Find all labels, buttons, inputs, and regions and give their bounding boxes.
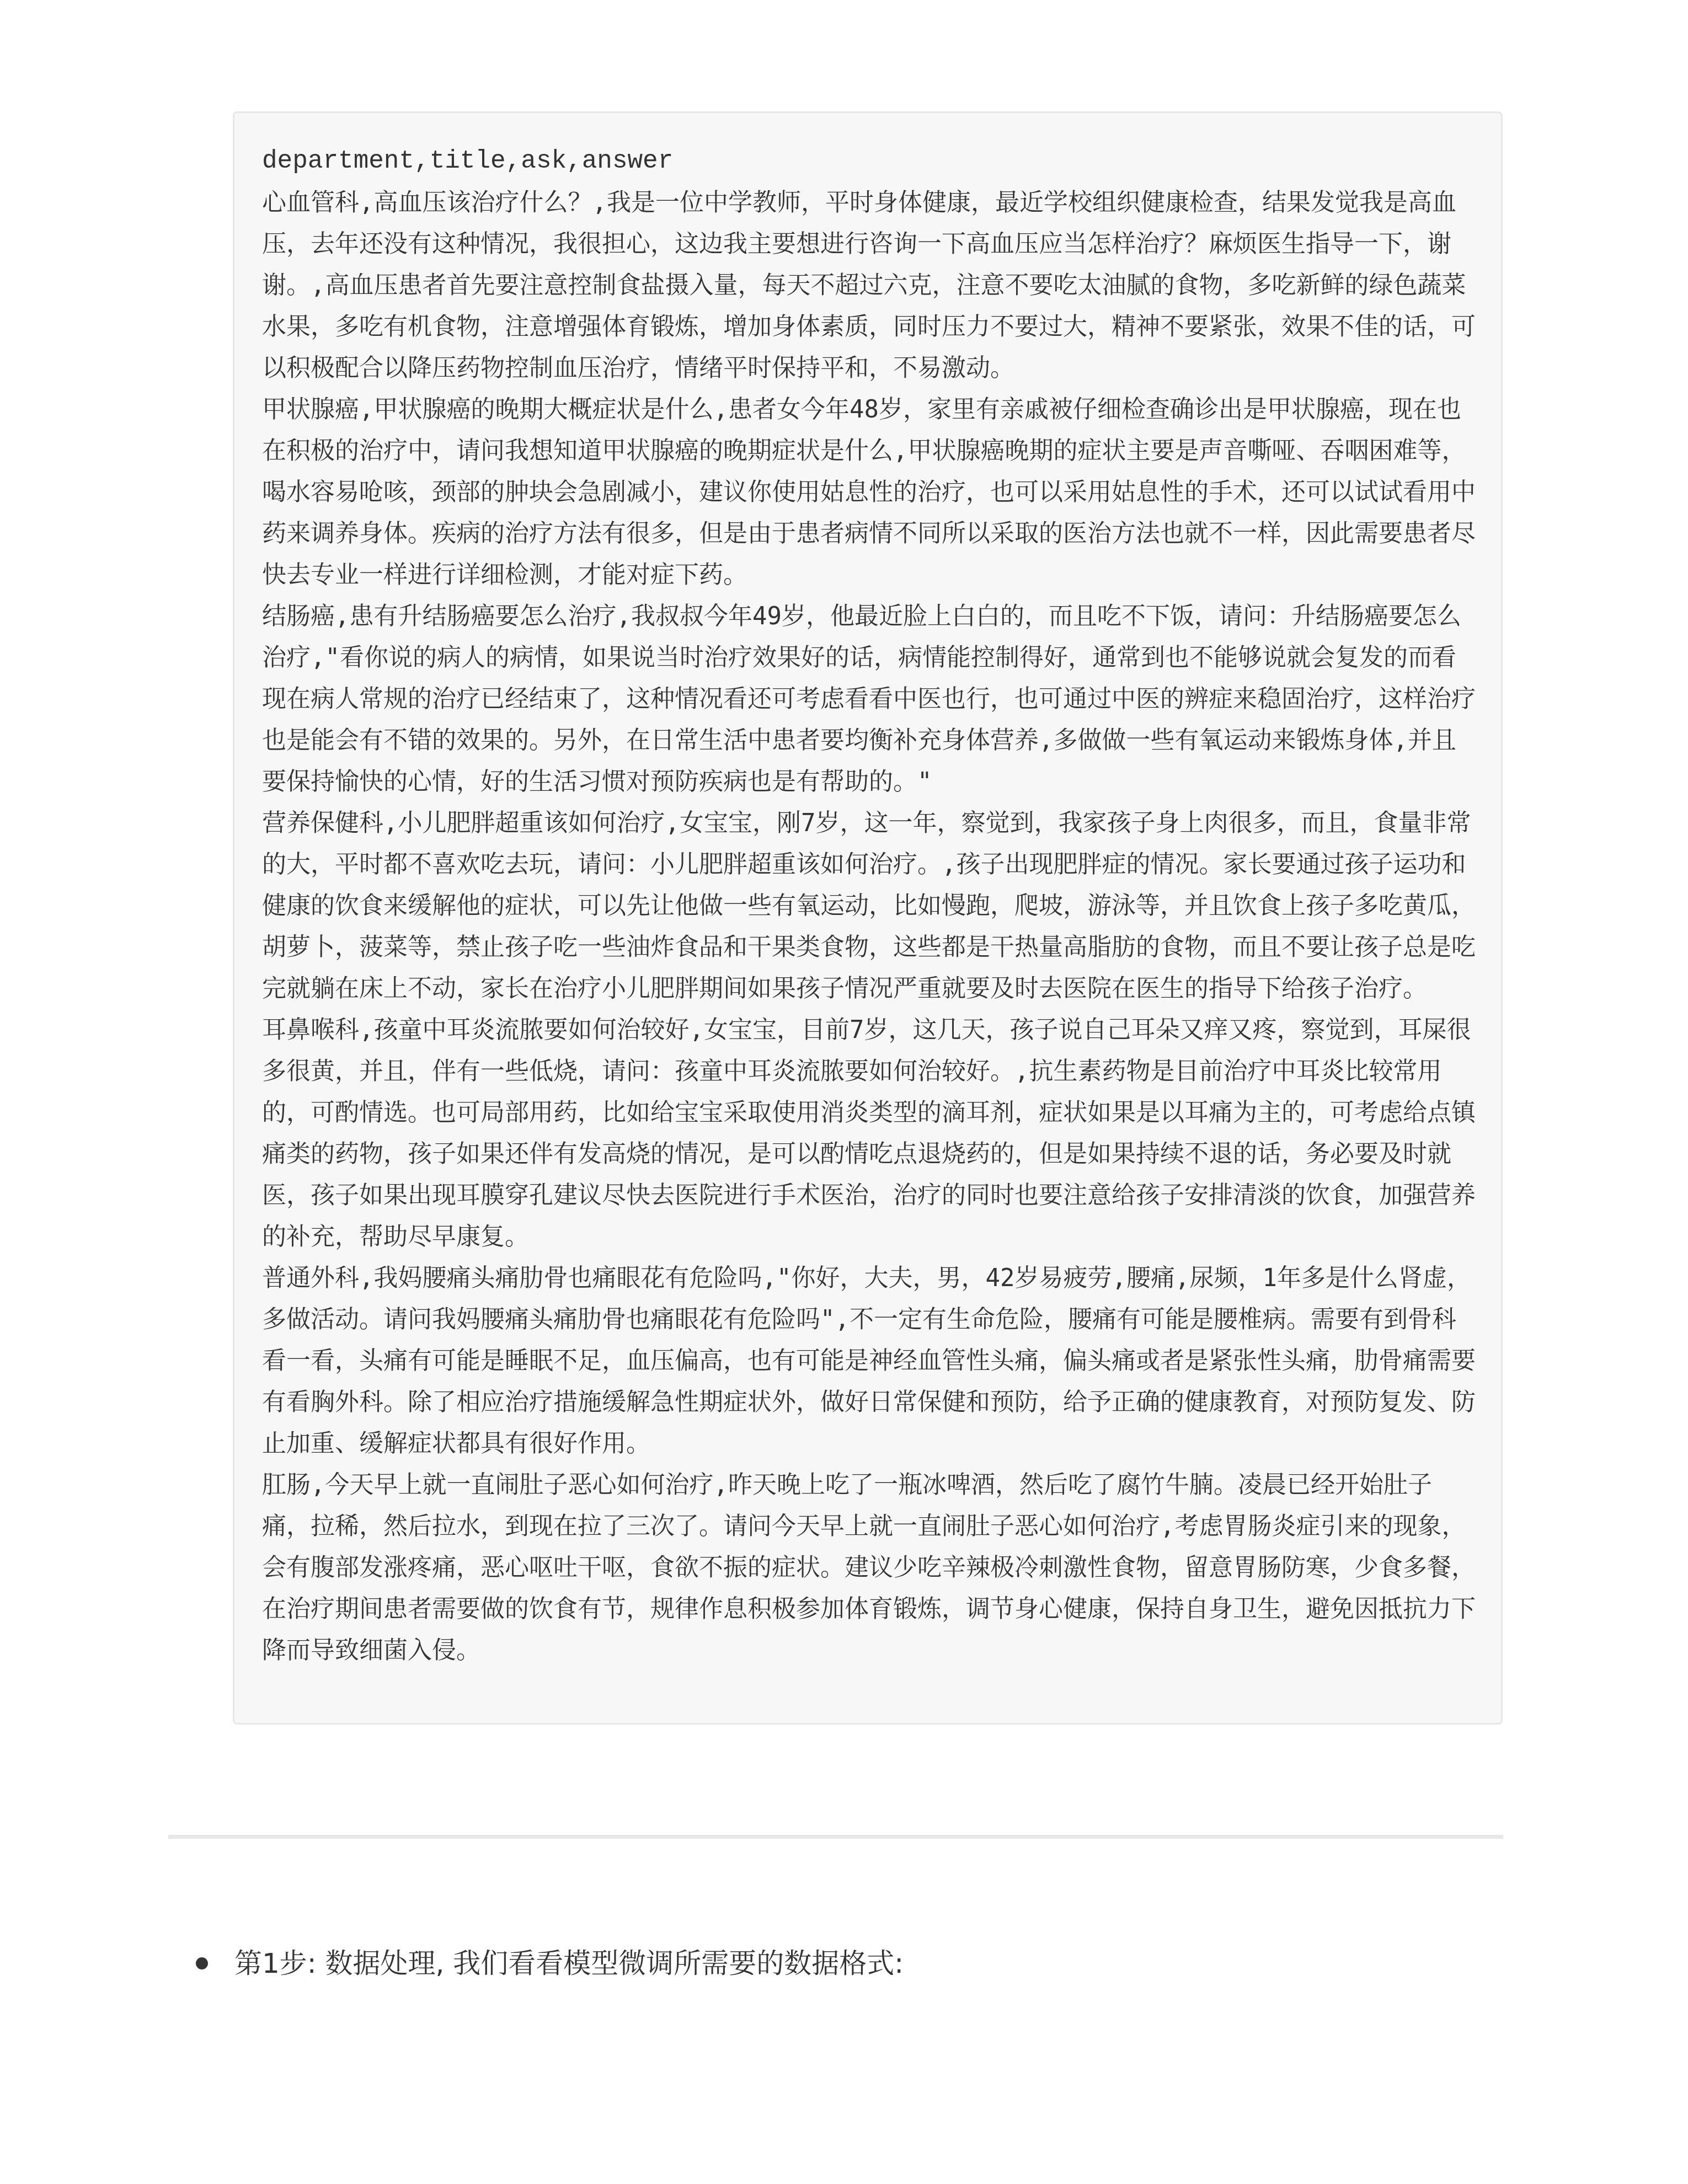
csv-row-general-surgery: 普通外科,我妈腰痛头痛肋骨也痛眼花有危险吗,"你好，大夫，男，42岁易疲劳,腰痛… [262, 1257, 1478, 1464]
bullet-dot-icon [196, 1957, 208, 1969]
bullet-list: 第1步: 数据处理, 我们看看模型微调所需要的数据格式: [196, 1941, 904, 1985]
horizontal-rule [168, 1835, 1503, 1839]
csv-row-colon-cancer: 结肠癌,患有升结肠癌要怎么治疗,我叔叔今年49岁，他最近脸上白白的，而且吃不下饭… [262, 596, 1478, 802]
csv-row-cardiology: 心血管科,高血压该治疗什么？,我是一位中学教师，平时身体健康，最近学校组织健康检… [262, 182, 1478, 389]
csv-header-line: department,title,ask,answer [262, 141, 1478, 182]
csv-row-ent: 耳鼻喉科,孩童中耳炎流脓要如何治较好,女宝宝，目前7岁，这几天，孩子说自己耳朵又… [262, 1009, 1478, 1257]
csv-row-anorectal: 肛肠,今天早上就一直闹肚子恶心如何治疗,昨天晚上吃了一瓶冰啤酒，然后吃了腐竹牛腩… [262, 1464, 1478, 1671]
bullet-text: 第1步: 数据处理, 我们看看模型微调所需要的数据格式: [234, 1941, 904, 1985]
csv-row-thyroid-cancer: 甲状腺癌,甲状腺癌的晚期大概症状是什么,患者女今年48岁，家里有亲戚被仔细检查确… [262, 389, 1478, 596]
csv-code-block: department,title,ask,answer 心血管科,高血压该治疗什… [233, 111, 1503, 1725]
bullet-item-step-1: 第1步: 数据处理, 我们看看模型微调所需要的数据格式: [196, 1941, 904, 1985]
csv-row-nutrition: 营养保健科,小儿肥胖超重该如何治疗,女宝宝，刚7岁，这一年，察觉到，我家孩子身上… [262, 802, 1478, 1009]
